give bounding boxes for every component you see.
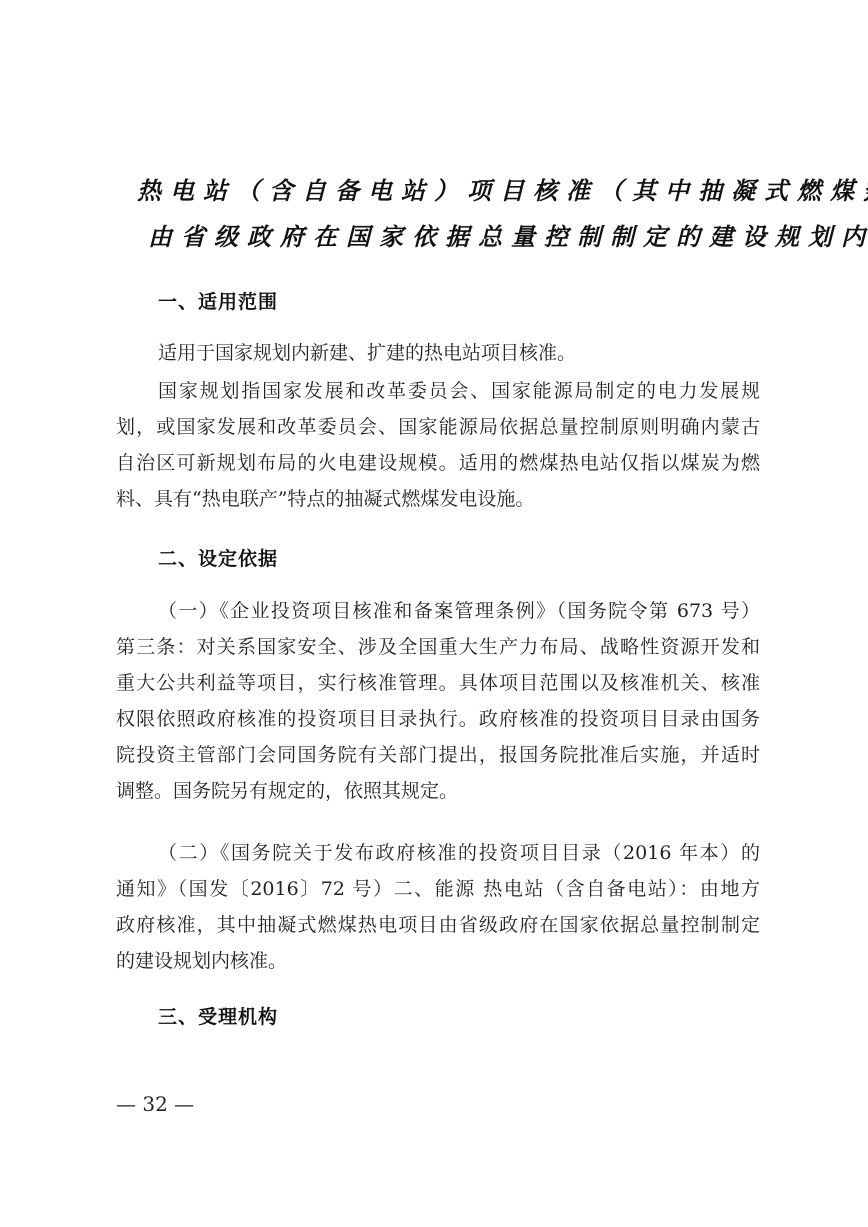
paragraph-line: 料、具有“热电联产”特点的抽凝式燃煤发电设施。 [116,486,760,512]
paragraph-line: 划，或国家发展和改革委员会、国家能源局依据总量控制原则明确内蒙古 [116,414,760,440]
paragraph-line: 政府核准，其中抽凝式燃煤热电项目由省级政府在国家依据总量控制制定 [116,912,760,938]
section-heading-scope: 一、适用范围 [158,289,278,315]
paragraph-line: 第三条：对关系国家安全、涉及全国重大生产力布局、战略性资源开发和 [116,634,760,660]
paragraph-line: 国家规划指国家发展和改革委员会、国家能源局制定的电力发展规 [158,378,760,404]
paragraph-line: 自治区可新规划布局的火电建设规模。适用的燃煤热电站仅指以煤炭为燃 [116,450,760,476]
document-title-line-2: 由省级政府在国家依据总量控制制定的建设规划内核准） [148,222,723,252]
paragraph-line: 院投资主管部门会同国务院有关部门提出，报国务院批准后实施，并适时 [116,742,760,768]
section-heading-accepting-agency: 三、受理机构 [158,1004,278,1030]
paragraph-line: 的建设规划内核准。 [116,948,760,974]
paragraph-line: 重大公共利益等项目，实行核准管理。具体项目范围以及核准机关、核准 [116,670,760,696]
document-title-line-1: 热电站（含自备电站）项目核准（其中抽凝式燃煤热电项目 [137,176,737,206]
paragraph-line: 适用于国家规划内新建、扩建的热电站项目核准。 [158,340,760,366]
page-number: — 32 — [116,1092,194,1116]
paragraph-line: 调整。国务院另有规定的，依照其规定。 [116,778,760,804]
section-heading-basis: 二、设定依据 [158,546,278,572]
paragraph-line: （二）《国务院关于发布政府核准的投资项目目录（2016 年本）的 [158,840,760,866]
paragraph-line: 权限依照政府核准的投资项目目录执行。政府核准的投资项目目录由国务 [116,706,760,732]
document-page: 热电站（含自备电站）项目核准（其中抽凝式燃煤热电项目 由省级政府在国家依据总量控… [0,0,868,1227]
paragraph-line: 通知》（国发〔2016〕72 号）二、能源 热电站（含自备电站）：由地方 [116,876,760,902]
paragraph-line: （一）《企业投资项目核准和备案管理条例》（国务院令第 673 号） [158,598,760,624]
